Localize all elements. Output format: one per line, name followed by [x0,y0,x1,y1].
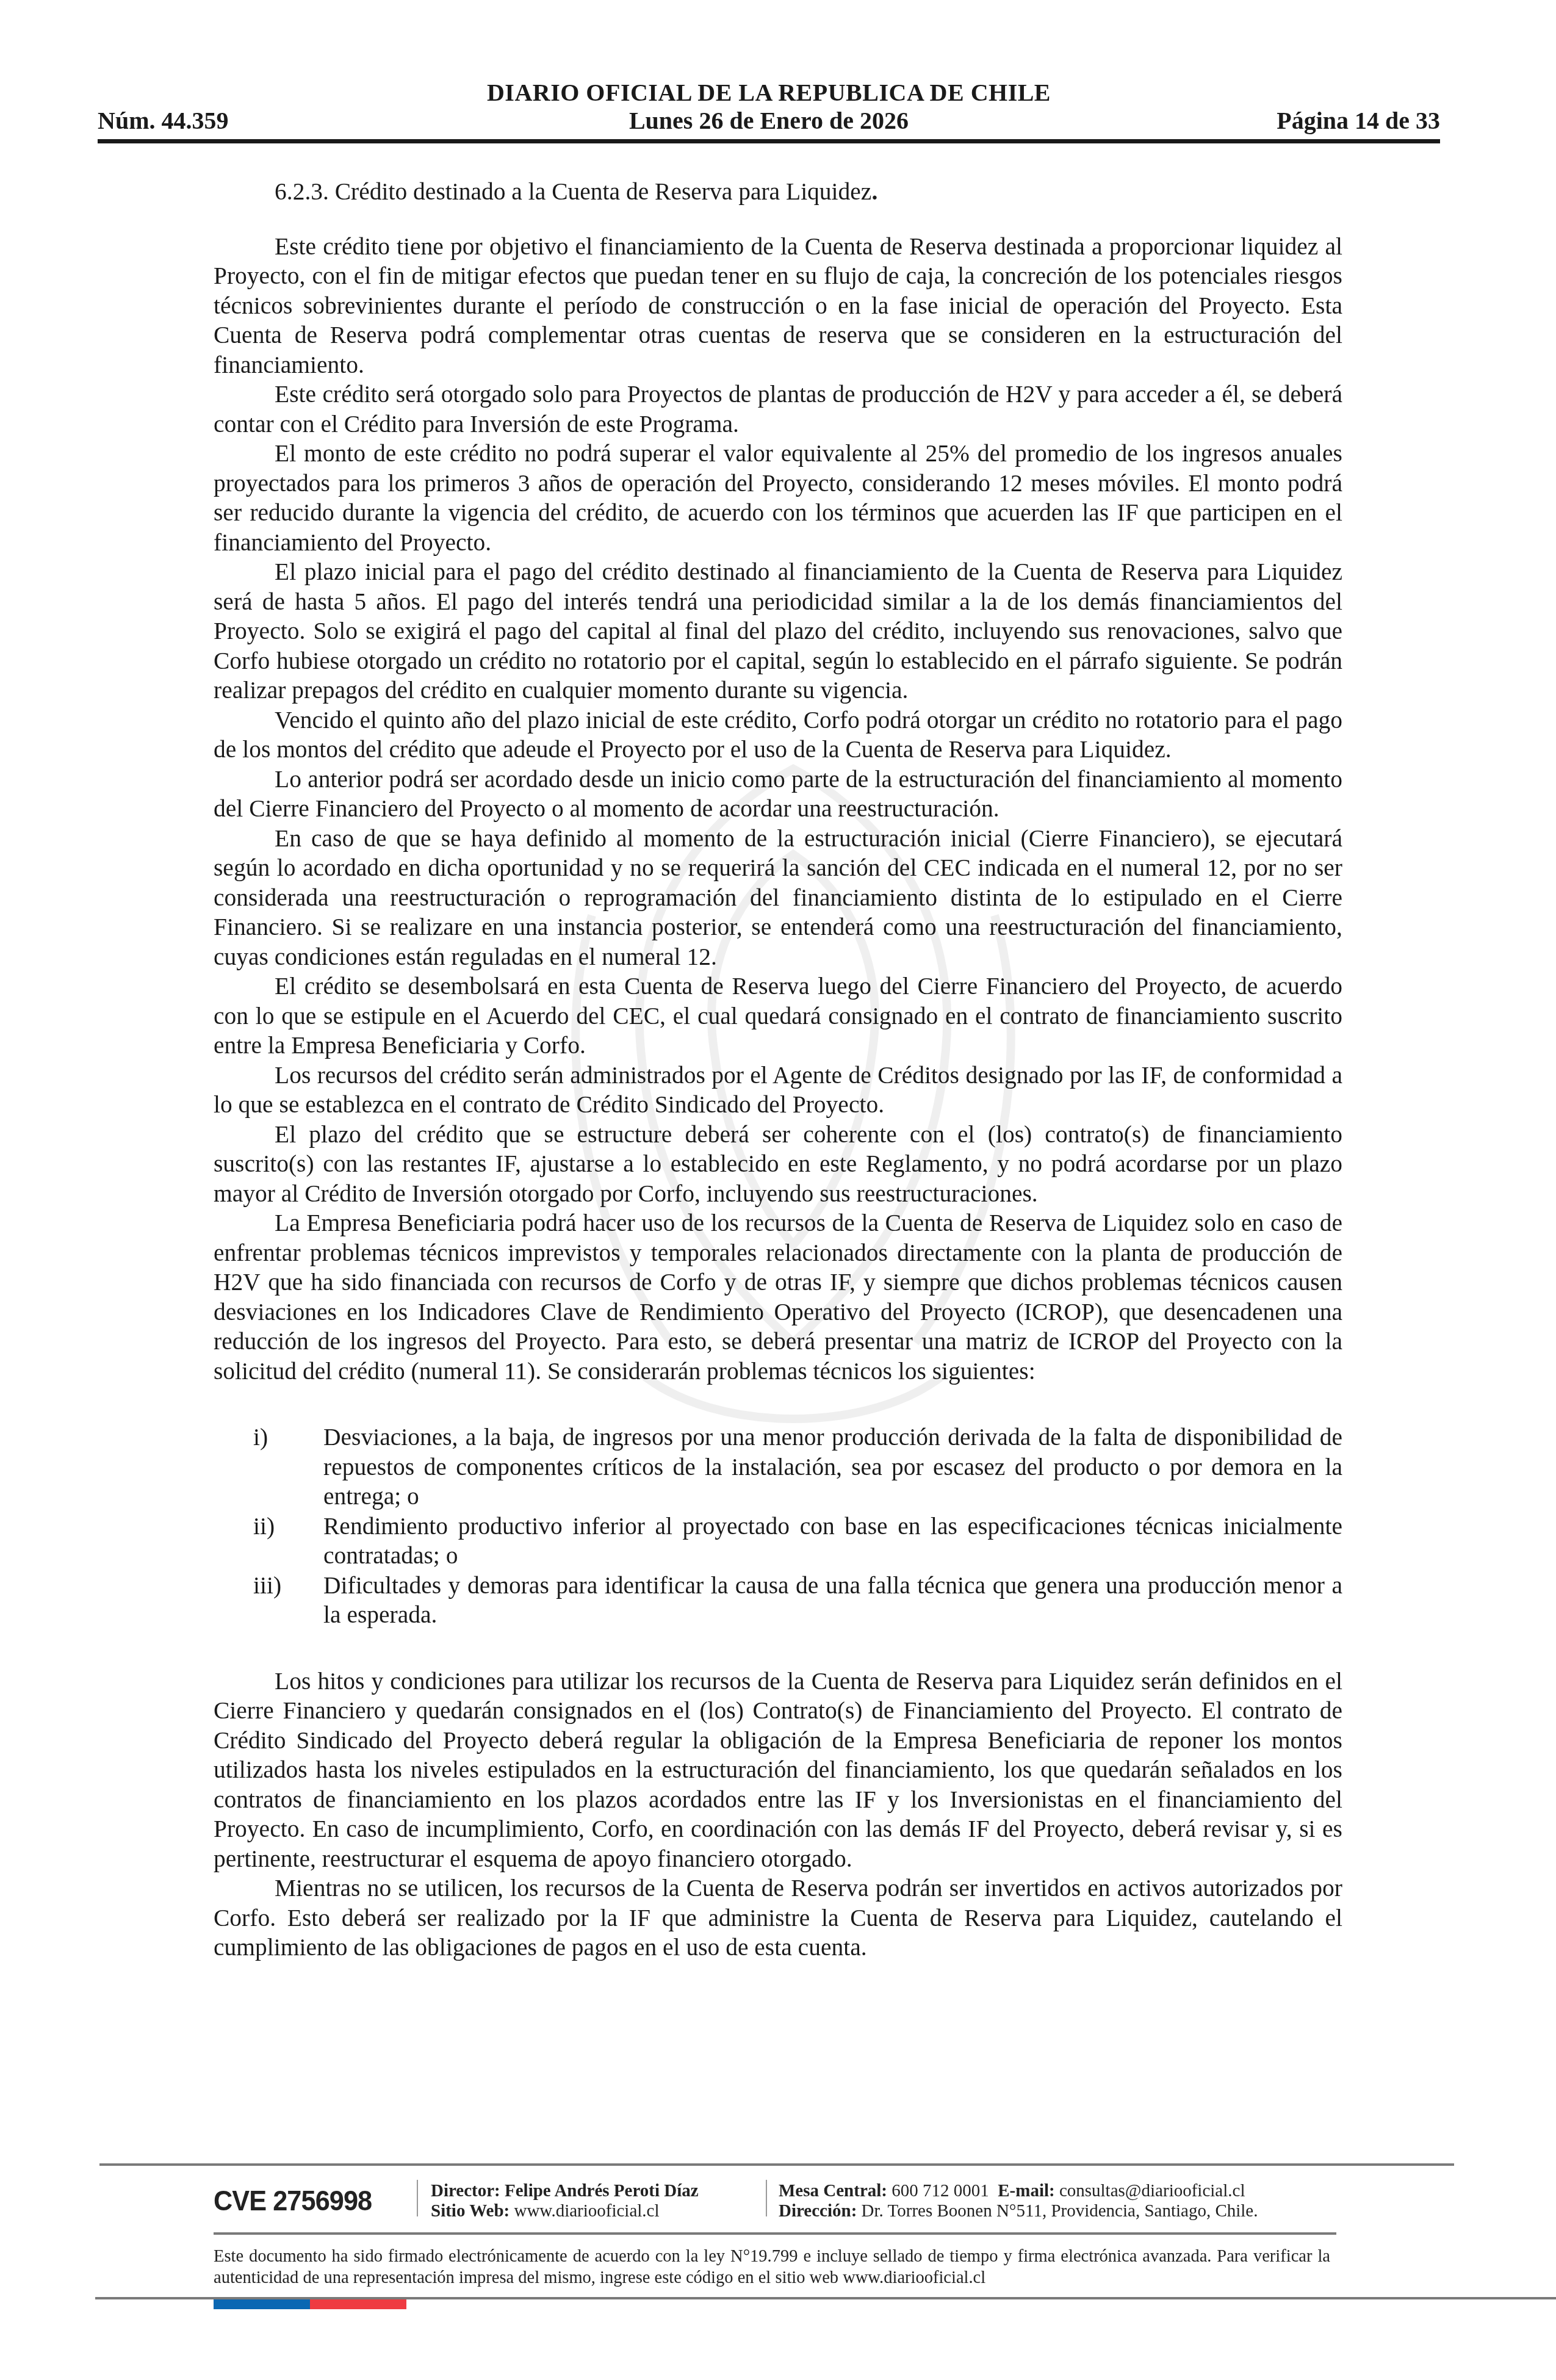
list-item: iii) Dificultades y demoras para identif… [214,1571,1342,1630]
paragraph: Los hitos y condiciones para utilizar lo… [214,1667,1342,1874]
issue-date: Lunes 26 de Enero de 2026 [98,106,1440,135]
paragraph: Los recursos del crédito serán administr… [214,1061,1342,1120]
cve-code: CVE 2756998 [214,2183,372,2217]
publication-title: DIARIO OFICIAL DE LA REPUBLICA DE CHILE [98,78,1440,107]
page-indicator: Página 14 de 33 [1277,106,1440,135]
footer-divider-top [99,2163,1454,2166]
header-divider [98,139,1440,143]
footer-divider-bottom [95,2297,1556,2299]
flag-stripe-blue [214,2299,310,2309]
list-item: ii) Rendimiento productivo inferior al p… [214,1512,1342,1571]
footer-contact-block: Mesa Central: 600 712 0001 E-mail: consu… [779,2181,1258,2221]
director-label: Director: [431,2181,500,2201]
director-name: Felipe Andrés Peroti Díaz [505,2181,699,2201]
address-label: Dirección: [779,2201,857,2221]
technical-problems-list: i) Desviaciones, a la baja, de ingresos … [214,1423,1342,1630]
footer-separator [417,2180,418,2216]
phone-label: Mesa Central: [779,2181,887,2201]
paragraph: En caso de que se haya definido al momen… [214,824,1342,972]
paragraph: Lo anterior podrá ser acordado desde un … [214,765,1342,824]
footer-divider-mid [214,2232,1336,2235]
website-label: Sitio Web: [431,2201,510,2221]
paragraph: El monto de este crédito no podrá supera… [214,439,1342,557]
document-body: 6.2.3. Crédito destinado a la Cuenta de … [214,177,1342,1963]
paragraph: Este crédito tiene por objetivo el finan… [214,232,1342,380]
paragraph: Vencido el quinto año del plazo inicial … [214,705,1342,765]
address-value: Dr. Torres Boonen N°511, Providencia, Sa… [862,2201,1258,2221]
list-item-text: Rendimiento productivo inferior al proye… [323,1512,1342,1571]
list-item-text: Desviaciones, a la baja, de ingresos por… [323,1423,1342,1512]
paragraph: Este crédito será otorgado solo para Pro… [214,380,1342,439]
phone-number: 600 712 0001 [891,2181,989,2201]
list-marker: ii) [214,1512,323,1542]
email-link[interactable]: consultas@diariooficial.cl [1059,2181,1245,2201]
legal-notice: Este documento ha sido firmado electróni… [214,2246,1330,2288]
paragraph: El crédito se desembolsará en esta Cuent… [214,972,1342,1061]
list-marker: iii) [214,1571,323,1601]
paragraph: La Empresa Beneficiaria podrá hacer uso … [214,1208,1342,1386]
list-marker: i) [214,1423,323,1452]
paragraph: El plazo del crédito que se estructure d… [214,1120,1342,1209]
email-label: E-mail: [998,2181,1054,2201]
list-item: i) Desviaciones, a la baja, de ingresos … [214,1423,1342,1512]
page-header: DIARIO OFICIAL DE LA REPUBLICA DE CHILE … [98,72,1440,145]
flag-stripe-red [310,2299,406,2309]
website-link[interactable]: www.diariooficial.cl [514,2201,659,2221]
list-item-text: Dificultades y demoras para identificar … [323,1571,1342,1630]
paragraph: Mientras no se utilicen, los recursos de… [214,1873,1342,1963]
footer-separator [766,2180,767,2216]
paragraph: El plazo inicial para el pago del crédit… [214,557,1342,705]
footer-director-block: Director: Felipe Andrés Peroti Díaz Siti… [431,2181,699,2221]
section-heading: 6.2.3. Crédito destinado a la Cuenta de … [275,177,1342,207]
